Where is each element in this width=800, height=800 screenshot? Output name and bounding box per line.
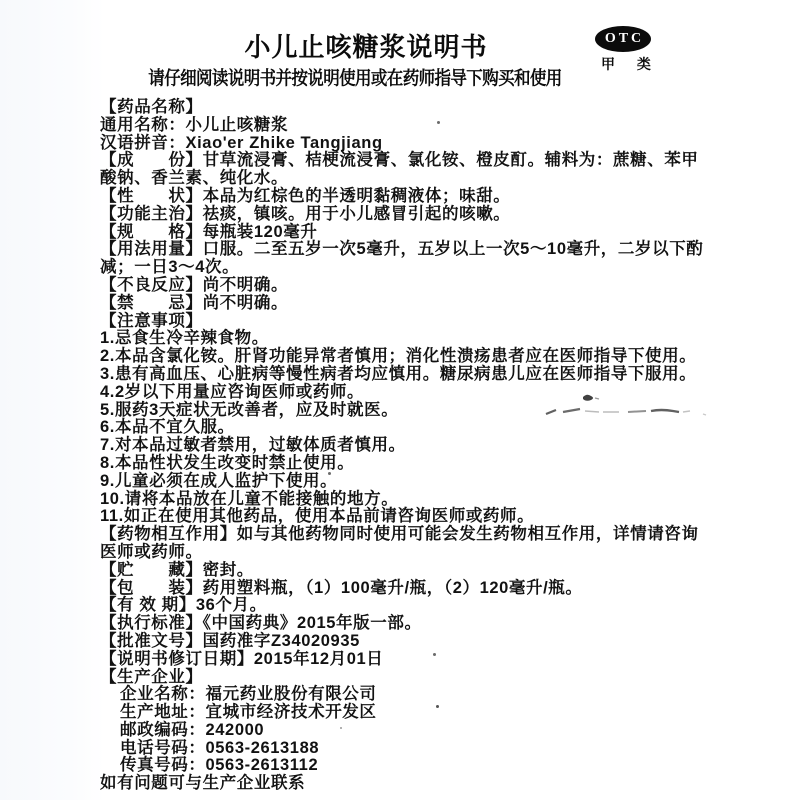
doc-line: 传真号码：0563-2613112 (100, 757, 780, 775)
doc-line: 【批准文号】国药准字Z34020935 (100, 633, 780, 651)
scan-speck (433, 653, 436, 656)
doc-line: 【规 格】每瓶装120毫升 (100, 224, 780, 242)
doc-line: 邮政编码：242000 (100, 722, 780, 740)
doc-line: 【生产企业】 (100, 669, 780, 687)
doc-line: 电话号码：0563-2613188 (100, 740, 780, 758)
scan-speck (437, 121, 440, 124)
scan-speck (328, 472, 331, 475)
doc-line: 企业名称：福元药业股份有限公司 (100, 686, 780, 704)
doc-line: 7.对本品过敏者禁用，过敏体质者慎用。 (100, 437, 780, 455)
page-title: 小儿止咳糖浆说明书 (106, 27, 626, 64)
doc-line: 【药物相互作用】如与其他药物同时使用可能会发生药物相互作用，详情请咨询 (100, 526, 780, 544)
scan-speck (105, 136, 107, 138)
doc-line: 8.本品性状发生改变时禁止使用。 (100, 455, 780, 473)
doc-line: 11.如正在使用其他药品，使用本品前请咨询医师或药师。 (100, 508, 780, 526)
doc-line: 通用名称：小儿止咳糖浆 (100, 117, 780, 135)
doc-line: 10.请将本品放在儿童不能接触的地方。 (100, 491, 780, 509)
document-body: 【药品名称】通用名称：小儿止咳糖浆汉语拼音：Xiao'er Zhike Tang… (100, 99, 780, 793)
document-subtitle: 请仔细阅读说明书并按说明使用或在药师指导下购买和使用 (95, 63, 615, 90)
doc-line: 2.本品含氯化铵。肝肾功能异常者慎用；消化性溃疡患者应在医师指导下使用。 (100, 348, 780, 366)
doc-line: 9.儿童必须在成人监护下使用。 (100, 473, 780, 491)
doc-line: 医师或药师。 (100, 544, 780, 562)
otc-oval-icon: OTC (595, 26, 651, 52)
doc-line: 3.患有高血压、心脏病等慢性病者均应慎用。糖尿病患儿应在医师指导下服用。 (100, 366, 780, 384)
scan-speck (340, 727, 342, 729)
doc-line: 【执行标准】《中国药典》2015年版一部。 (100, 615, 780, 633)
doc-line: 减；一日3～4次。 (100, 259, 780, 277)
doc-line: 【用法用量】口服。二至五岁一次5毫升，五岁以上一次5～10毫升，二岁以下酌 (100, 241, 780, 259)
doc-line: 【有 效 期】36个月。 (100, 597, 780, 615)
doc-line: 【成 份】甘草流浸膏、桔梗流浸膏、氯化铵、橙皮酊。辅料为：蔗糖、苯甲 (100, 152, 780, 170)
doc-line: 【说明书修订日期】2015年12月01日 (100, 651, 780, 669)
doc-line: 【注意事项】 (100, 313, 780, 331)
scan-speck (436, 705, 439, 708)
doc-line: 【贮 藏】密封。 (100, 562, 780, 580)
doc-line: 【包 装】药用塑料瓶，（1）100毫升/瓶，（2）120毫升/瓶。 (100, 580, 780, 598)
doc-line: 【性 状】本品为红棕色的半透明黏稠液体；味甜。 (100, 188, 780, 206)
doc-line: 【药品名称】 (100, 99, 780, 117)
doc-line: 6.本品不宜久服。 (100, 419, 780, 437)
doc-line: 如有问题可与生产企业联系 (100, 775, 780, 793)
doc-line: 【不良反应】尚不明确。 (100, 277, 780, 295)
doc-line: 酸钠、香兰素、纯化水。 (100, 170, 780, 188)
doc-line: 【功能主治】祛痰，镇咳。用于小儿感冒引起的咳嗽。 (100, 206, 780, 224)
doc-line: 汉语拼音：Xiao'er Zhike Tangjiang (100, 135, 780, 153)
doc-line: 生产地址：宜城市经济技术开发区 (100, 704, 780, 722)
leaflet-page: 小儿止咳糖浆说明书 OTC 甲 类 请仔细阅读说明书并按说明使用或在药师指导下购… (0, 0, 800, 800)
doc-line: 【禁 忌】尚不明确。 (100, 295, 780, 313)
otc-badge-label: OTC (602, 31, 644, 47)
handwritten-scribble-mark (543, 388, 708, 420)
doc-line: 1.忌食生冷辛辣食物。 (100, 330, 780, 348)
